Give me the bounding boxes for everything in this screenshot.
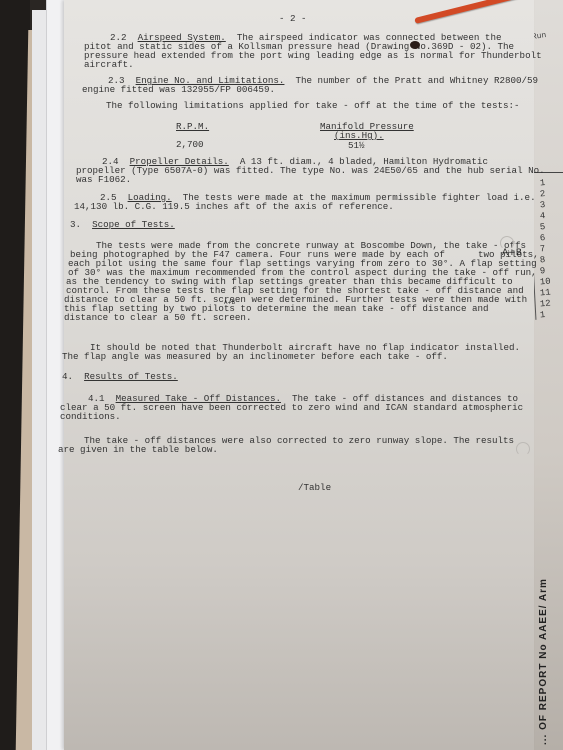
- report-spine-label: ... OF REPORT No AAEE/ Arm: [538, 578, 549, 745]
- section-3-heading: 3. Scope of Tests.: [70, 220, 175, 231]
- rpm-value: 2,700: [176, 140, 204, 151]
- page-number: - 2 -: [279, 14, 307, 25]
- punch-hole: [516, 442, 530, 456]
- document-page: - 2 - 2.2 Airspeed System. The airspeed …: [64, 0, 534, 750]
- text-line: The following limitations applied for ta…: [106, 101, 520, 112]
- punch-hole: [500, 236, 514, 250]
- handwritten-insert: A+B: [224, 298, 235, 309]
- text-line: are given in the table below.: [58, 445, 218, 456]
- manifold-pressure-value: 51½: [348, 141, 365, 152]
- section-4-heading: 4. Results of Tests.: [62, 372, 178, 383]
- rpm-header: R.P.M.: [176, 122, 209, 133]
- text-line: propeller (Type 6507A-0) was fitted. The…: [76, 166, 545, 177]
- treasury-tag-end: [410, 41, 420, 49]
- text-line: conditions.: [60, 412, 121, 423]
- run-number-list: 1234567891011121: [540, 178, 551, 321]
- run-number: 1: [539, 309, 551, 321]
- text-line: 14,130 lb. C.G. 119.5 inches aft of the …: [74, 202, 394, 213]
- continuation-marker: /Table: [298, 483, 331, 494]
- text-line: clear a 50 ft. screen have been correcte…: [60, 403, 523, 414]
- text-line: pressure head extended from the port win…: [84, 51, 542, 62]
- text-line: engine fitted was 132955/FP 006459.: [82, 85, 275, 96]
- text-line: aircraft.: [84, 60, 134, 71]
- text-line: distance to clear a 50 ft. screen.: [64, 313, 251, 324]
- text-line: was F1062.: [76, 175, 131, 186]
- text-line: The flap angle was measured by an inclin…: [62, 352, 448, 363]
